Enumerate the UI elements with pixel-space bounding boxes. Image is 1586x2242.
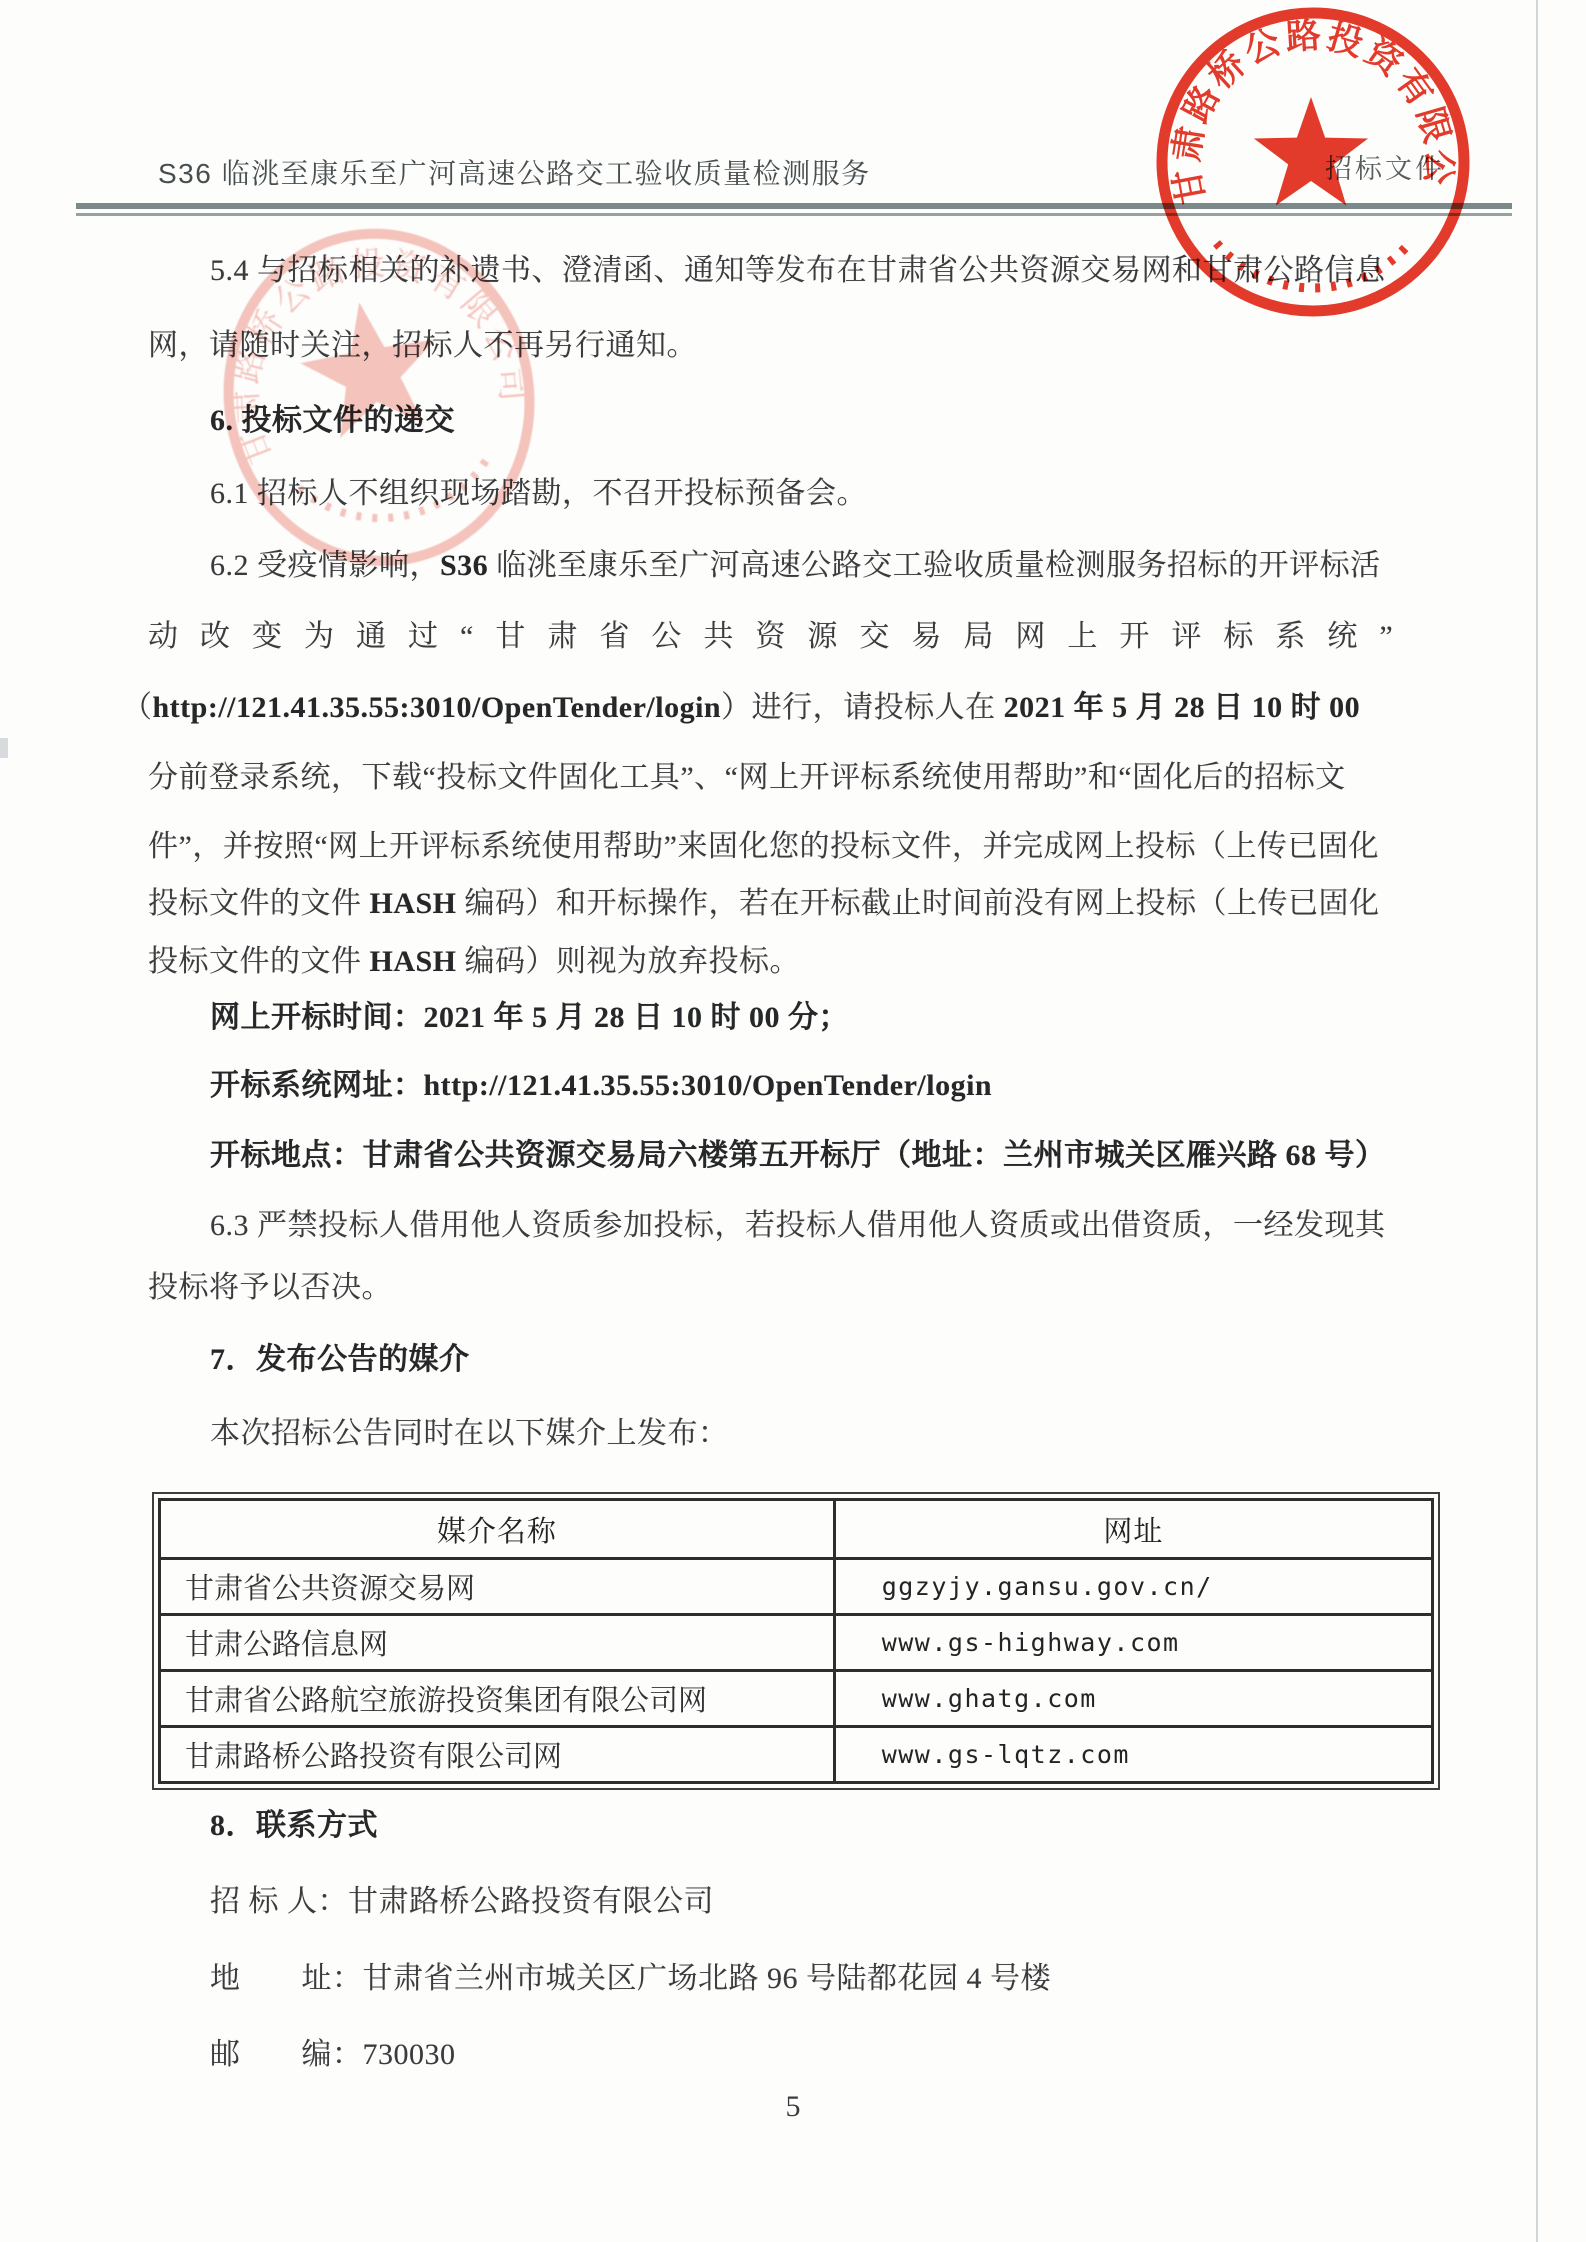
table-column-header: 媒介名称	[160, 1500, 835, 1559]
text-segment: 投标文件的文件	[148, 887, 370, 920]
body-line: 网上开标时间：2021 年 5 月 28 日 10 时 00 分；	[210, 992, 849, 1036]
body-line: 8．联系方式	[210, 1800, 378, 1844]
text-segment: HASH	[370, 945, 457, 978]
publication-media-table: 媒介名称网址 甘肃省公共资源交易网ggzyjy.gansu.gov.cn/甘肃公…	[152, 1492, 1440, 1790]
media-name-cell: 甘肃路桥公路投资有限公司网	[160, 1727, 835, 1783]
star-icon	[1254, 97, 1368, 206]
text-segment: 7．发布公告的媒介	[210, 1343, 470, 1376]
text-segment: ）进行，请投标人在	[721, 691, 1004, 724]
scan-artifact-line	[1536, 0, 1538, 2242]
body-line: 7．发布公告的媒介	[210, 1334, 470, 1378]
text-segment: 投标将予以否决。	[148, 1271, 392, 1304]
table-column-header: 网址	[834, 1500, 1432, 1559]
media-name-cell: 甘肃省公路航空旅游投资集团有限公司网	[160, 1671, 835, 1727]
table-row: 甘肃公路信息网www.gs-highway.com	[160, 1615, 1433, 1671]
text-segment: 网上开标时间：2021 年 5 月 28 日 10 时 00 分；	[210, 1001, 849, 1034]
body-line: 投标文件的文件 HASH 编码）则视为放弃投标。	[148, 936, 800, 980]
text-segment: 开标地点：甘肃省公共资源交易局六楼第五开标厅（地址：兰州市城关区雁兴路 68 号…	[210, 1139, 1386, 1172]
table-row: 甘肃省公路航空旅游投资集团有限公司网www.ghatg.com	[160, 1671, 1433, 1727]
body-line: 投标将予以否决。	[148, 1262, 392, 1306]
text-segment: 8．联系方式	[210, 1809, 378, 1842]
faded-star-icon	[292, 290, 450, 442]
text-segment: 招 标 人：甘肃路桥公路投资有限公司	[210, 1885, 714, 1918]
body-line: 地 址：甘肃省兰州市城关区广场北路 96 号陆都花园 4 号楼	[210, 1953, 1051, 1997]
text-segment: 编码）和开标操作，若在开标截止时间前没有网上投标（上传已固化	[457, 887, 1380, 920]
header-project-title: S36 临洮至康乐至广河高速公路交工验收质量检测服务	[158, 152, 871, 192]
body-line: 投标文件的文件 HASH 编码）和开标操作，若在开标截止时间前没有网上投标（上传…	[148, 878, 1380, 922]
table-row: 甘肃路桥公路投资有限公司网www.gs-lqtz.com	[160, 1727, 1433, 1783]
body-line: 开标地点：甘肃省公共资源交易局六楼第五开标厅（地址：兰州市城关区雁兴路 68 号…	[210, 1130, 1386, 1174]
media-name-cell: 甘肃公路信息网	[160, 1615, 835, 1671]
media-url-cell: www.gs-lqtz.com	[834, 1727, 1432, 1783]
body-line: 开标系统网址：http://121.41.35.55:3010/OpenTend…	[210, 1060, 992, 1104]
text-segment: 邮 编：730030	[210, 2038, 456, 2071]
text-segment: 分前登录系统，下载“投标文件固化工具”、“网上开评标系统使用帮助”和“固化后的招…	[148, 761, 1346, 794]
media-url-cell: www.ghatg.com	[834, 1671, 1432, 1727]
body-line: 动改变为通过“甘肃省公共资源交易局网上开评标系统”	[148, 611, 1415, 655]
text-segment: 临洮至康乐至广河高速公路交工验收质量检测服务招标的开评标活	[488, 549, 1381, 582]
media-url-cell: www.gs-highway.com	[834, 1615, 1432, 1671]
text-segment: 2021 年 5 月 28 日 10 时 00	[1004, 691, 1361, 724]
text-segment: 件”，并按照“网上开评标系统使用帮助”来固化您的投标文件，并完成网上投标（上传已…	[148, 830, 1379, 863]
media-name-cell: 甘肃省公共资源交易网	[160, 1559, 835, 1615]
document-page: S36 临洮至康乐至广河高速公路交工验收质量检测服务 招标文件 5.4 与招标相…	[0, 0, 1586, 2242]
text-segment: http://121.41.35.55:3010/OpenTender/logi…	[153, 691, 722, 724]
page-number: 5	[148, 2090, 1438, 2124]
text-segment: 本次招标公告同时在以下媒介上发布：	[210, 1417, 729, 1450]
text-segment: 开标系统网址：http://121.41.35.55:3010/OpenTend…	[210, 1069, 992, 1102]
body-line: 本次招标公告同时在以下媒介上发布：	[210, 1408, 729, 1452]
body-line: 6.3 严禁投标人借用他人资质参加投标，若投标人借用他人资质或出借资质，一经发现…	[210, 1200, 1386, 1244]
body-line: 邮 编：730030	[210, 2029, 456, 2073]
table-row: 甘肃省公共资源交易网ggzyjy.gansu.gov.cn/	[160, 1559, 1433, 1615]
text-segment: 投标文件的文件	[148, 945, 370, 978]
body-line: 招 标 人：甘肃路桥公路投资有限公司	[210, 1876, 714, 1920]
text-segment: 动改变为通过“甘肃省公共资源交易局网上开评标系统”	[148, 620, 1415, 653]
company-seal-stamp: 甘肃路桥公路投资有限公司	[1148, 2, 1482, 332]
table-header-row: 媒介名称网址	[160, 1500, 1433, 1559]
faded-seal-stamp: 甘肃路桥公路投资有限公司	[188, 196, 574, 598]
scan-artifact-mark	[0, 738, 8, 758]
text-segment: 编码）则视为放弃投标。	[457, 945, 801, 978]
text-segment: 6.3 严禁投标人借用他人资质参加投标，若投标人借用他人资质或出借资质，一经发现…	[210, 1209, 1386, 1242]
faded-stamp-serration	[299, 455, 497, 533]
media-url-cell: ggzyjy.gansu.gov.cn/	[834, 1559, 1432, 1615]
body-line: （http://121.41.35.55:3010/OpenTender/log…	[122, 682, 1360, 726]
text-segment: 地 址：甘肃省兰州市城关区广场北路 96 号陆都花园 4 号楼	[210, 1962, 1051, 1995]
body-line: 件”，并按照“网上开评标系统使用帮助”来固化您的投标文件，并完成网上投标（上传已…	[148, 821, 1379, 865]
text-segment: HASH	[370, 887, 457, 920]
body-line: 分前登录系统，下载“投标文件固化工具”、“网上开评标系统使用帮助”和“固化后的招…	[148, 752, 1346, 796]
stamp-serration	[1217, 243, 1410, 288]
text-segment: （	[122, 691, 153, 724]
